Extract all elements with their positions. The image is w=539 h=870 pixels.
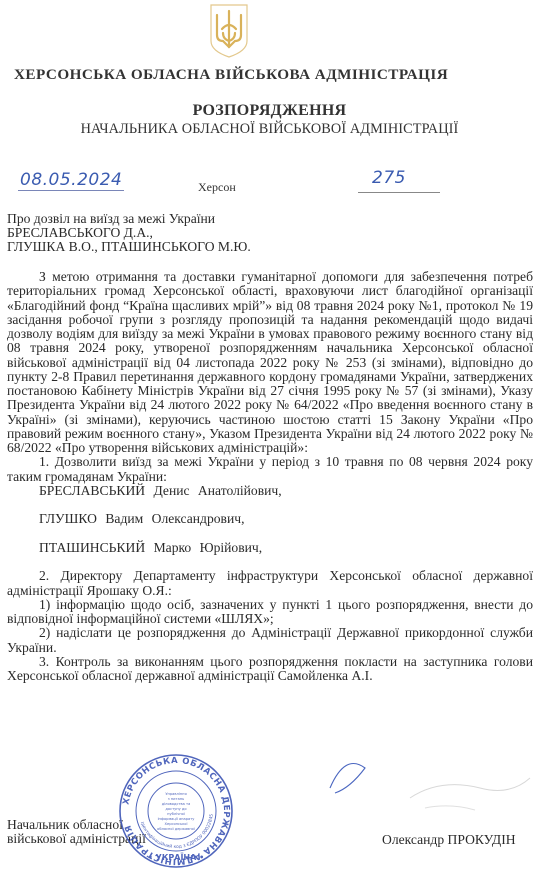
document-subject: Про дозвіл на виїзд за межі України БРЕС…	[7, 212, 251, 255]
handwritten-date: 08.05.2024	[18, 170, 124, 191]
handwritten-number: 275	[372, 168, 406, 188]
person-entry: ГЛУШКО Вадим Олександрович,	[39, 512, 533, 526]
subject-line: ГЛУШКА В.О., ПТАШИНСЬКОГО М.Ю.	[7, 240, 251, 254]
svg-text:публічної: публічної	[167, 812, 186, 816]
trident-emblem-icon	[208, 3, 250, 59]
svg-text:Управління: Управління	[165, 792, 186, 796]
handwritten-signature	[290, 748, 539, 828]
signatory-name: Олександр ПРОКУДІН	[382, 832, 516, 848]
item-2-2-paragraph: 2) надіслати це розпорядження до Адмініс…	[7, 626, 533, 655]
svg-text:діловодства та: діловодства та	[162, 802, 191, 806]
person-entry: ПТАШИНСЬКИЙ Марко Юрійович,	[39, 541, 533, 555]
organization-name: ХЕРСОНСЬКА ОБЛАСНА ВІЙСЬКОВА АДМІНІСТРАЦ…	[0, 66, 539, 84]
city-name: Херсон	[198, 180, 236, 195]
subject-line: Про дозвіл на виїзд за межі України	[7, 212, 251, 226]
document-body: З метою отримання та доставки гуманітарн…	[7, 270, 533, 683]
svg-text:інформації апарату: інформації апарату	[158, 817, 196, 821]
svg-text:з питань: з питань	[168, 797, 185, 801]
svg-text:• УКРАЇНА •: • УКРАЇНА •	[148, 852, 204, 862]
person-entry: БРЕСЛАВСЬКИЙ Денис Анатолійович,	[39, 484, 533, 498]
item-2-1-paragraph: 1) інформацію щодо осіб, зазначених у пу…	[7, 598, 533, 627]
document-type: РОЗПОРЯДЖЕННЯ	[0, 102, 539, 120]
svg-text:доступу до: доступу до	[165, 807, 186, 811]
item-3-paragraph: 3. Контроль за виконанням цього розпоряд…	[7, 655, 533, 684]
item-2-paragraph: 2. Директору Департаменту інфраструктури…	[7, 569, 533, 598]
preamble-paragraph: З метою отримання та доставки гуманітарн…	[7, 270, 533, 455]
svg-text:обласної державної: обласної державної	[157, 827, 196, 831]
subject-line: БРЕСЛАВСЬКОГО Д.А.,	[7, 226, 251, 240]
document-issuer: НАЧАЛЬНИКА ОБЛАСНОЇ ВІЙСЬКОВОЇ АДМІНІСТР…	[0, 121, 539, 138]
svg-text:Херсонської: Херсонської	[165, 822, 189, 826]
official-seal-icon: ХЕРСОНСЬКА ОБЛАСНА ДЕРЖАВНА АДМІНІСТРАЦІ…	[116, 752, 236, 870]
item-1-paragraph: 1. Дозволити виїзд за межі України у пер…	[7, 455, 533, 484]
